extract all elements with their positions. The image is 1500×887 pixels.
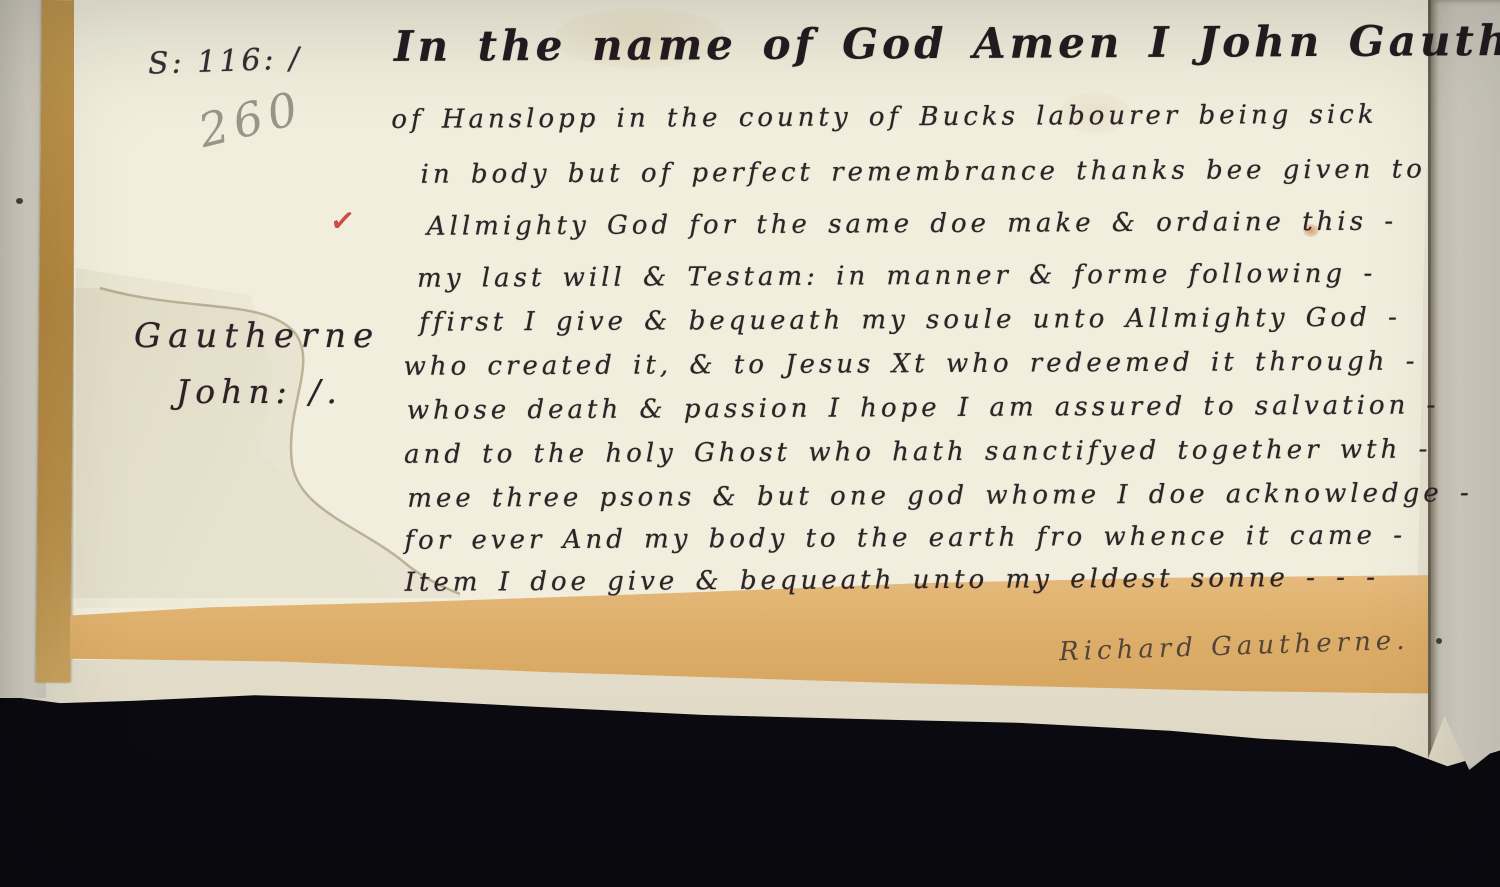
body-line: Allmighty God for the same doe make & or…	[427, 207, 1397, 242]
opening-line: In the name of God Amen I John Gautherne	[394, 15, 1500, 70]
witness-signature: Richard Gautherne.	[1059, 626, 1410, 668]
body-line: whose death & passion I hope I am assure…	[407, 390, 1440, 425]
body-line: mee three psons & but one god whome I do…	[407, 478, 1473, 514]
body-line: who created it, & to Jesus Xt who redeem…	[404, 346, 1419, 381]
will-text-block: In the name of God Amen I John Gautherne…	[0, 0, 1500, 887]
body-line: and to the holy Ghost who hath sanctifye…	[404, 434, 1431, 469]
body-line: my last will & Testam: in manner & forme…	[417, 259, 1376, 294]
body-line: ffirst I give & bequeath my soule unto A…	[419, 303, 1401, 338]
body-line: for ever And my body to the earth fro wh…	[404, 521, 1406, 556]
body-line: Item I doe give & bequeath unto my eldes…	[405, 563, 1379, 598]
body-line: of Hanslopp in the county of Bucks labou…	[391, 100, 1377, 135]
manuscript-photo: S: 116: / 260 ✓ Gautherne John: /. In th…	[0, 0, 1500, 887]
body-line: in body but of perfect remembrance thank…	[421, 154, 1426, 189]
